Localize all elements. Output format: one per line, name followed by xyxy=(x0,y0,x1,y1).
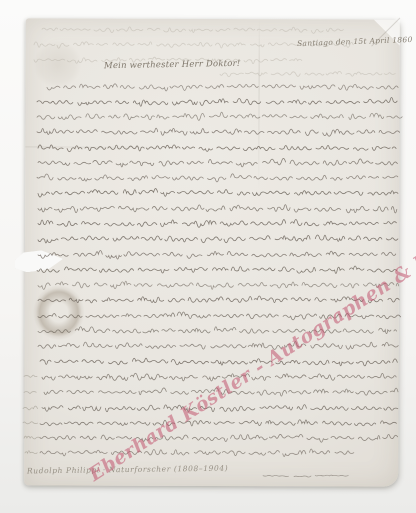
salutation: Mein werthester Herr Doktor! xyxy=(104,60,241,71)
fold-crease-vertical xyxy=(258,19,260,189)
ink-stain xyxy=(29,280,89,344)
edge-tear xyxy=(15,250,63,272)
letter-paper xyxy=(24,18,400,486)
fold-crease-horizontal xyxy=(25,146,185,148)
letter-photo: Santiago den 15t April 1860 Mein werthes… xyxy=(0,0,416,513)
corner-smudge xyxy=(28,34,88,94)
